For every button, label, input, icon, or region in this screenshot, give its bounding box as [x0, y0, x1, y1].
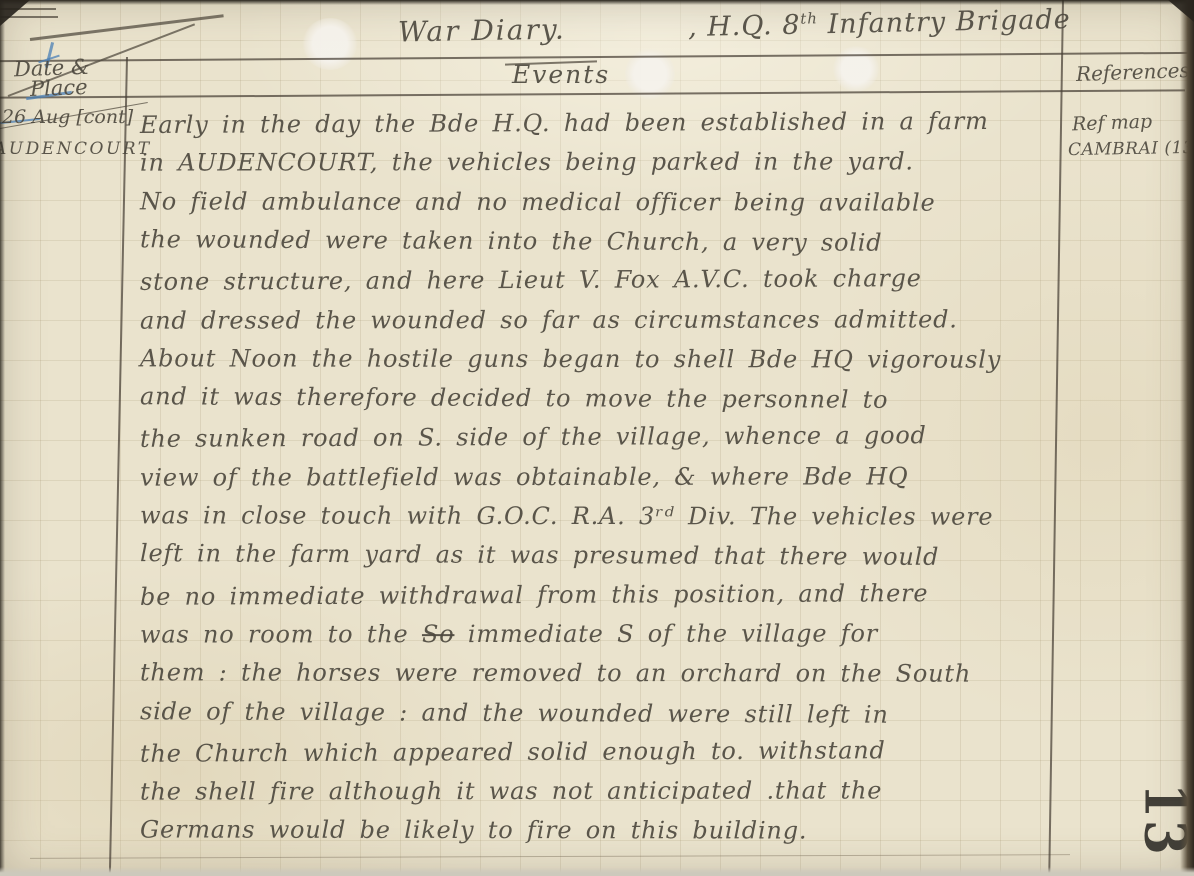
scan-corner: [0, 0, 30, 26]
diary-line: was in close touch with G.O.C. R.A. 3ʳᵈ …: [140, 496, 993, 536]
diary-line: No field ambulance and no medical office…: [140, 182, 936, 222]
scan-edge: [0, 867, 1194, 876]
war-diary-page: War Diary. , H.Q. 8th Infantry Brigade D…: [0, 0, 1194, 876]
page-title: War Diary.: [398, 13, 566, 49]
diary-line: side of the village : and the wounded we…: [140, 692, 889, 735]
column-header-references: References: [1076, 58, 1190, 86]
entry-reference-sheet: CAMBRAI (13: [1068, 138, 1194, 160]
subtitle-post: Infantry Brigade: [818, 4, 1071, 40]
diary-line: them : the horses were removed to an orc…: [140, 654, 971, 694]
diary-line: stone structure, and here Lieut V. Fox A…: [140, 259, 922, 302]
line-segment: was no room to the: [140, 620, 422, 648]
paper-stain: [833, 46, 879, 92]
line-segment: immediate S of the village for: [454, 619, 878, 648]
entry-date: 26 Aug [cont]: [2, 106, 133, 128]
bottom-rule: [30, 854, 1070, 859]
diary-line: Early in the day the Bde H.Q. had been e…: [140, 102, 989, 145]
diary-line: view of the battlefield was obtainable, …: [140, 457, 908, 497]
scan-edge: [0, 0, 1194, 5]
diary-line: left in the farm yard as it was presumed…: [140, 534, 939, 577]
entry-place: AUDENCOURT: [0, 139, 152, 159]
diary-line: the sunken road on S. side of the villag…: [140, 417, 927, 460]
diary-line: was no room to the So immediate S of the…: [140, 614, 878, 654]
diary-line: the wounded were taken into the Church, …: [140, 220, 883, 262]
entry-reference-map: Ref map: [1072, 111, 1153, 136]
diary-line: and it was therefore decided to move the…: [140, 377, 889, 420]
diary-line: and dressed the wounded so far as circum…: [140, 300, 958, 340]
scan-edge: [0, 0, 5, 876]
diary-line: About Noon the hostile guns began to she…: [140, 339, 1001, 379]
date-column-divider: [109, 57, 128, 876]
diary-line: in AUDENCOURT, the vehicles being parked…: [140, 143, 914, 183]
column-header-events: Events: [512, 60, 610, 89]
reference-column-divider: [1048, 0, 1064, 876]
diary-line: the Church which appeared solid enough t…: [140, 731, 886, 774]
diary-line: the shell fire although it was not antic…: [140, 772, 882, 812]
page-subtitle: , H.Q. 8th Infantry Brigade: [688, 4, 1071, 43]
paper-stain: [302, 18, 358, 70]
scan-edge: [1180, 0, 1194, 876]
subtitle-ordinal: th: [800, 9, 818, 27]
diagonal-pen-stroke: [30, 14, 224, 41]
struck-word: So: [422, 620, 455, 648]
column-header-date-place: Place: [30, 75, 88, 101]
diary-line: Germans would be likely to fire on this …: [140, 811, 807, 851]
scan-corner: [1168, 0, 1194, 22]
diary-line: be no immediate withdrawal from this pos…: [140, 574, 928, 617]
subtitle-pre: , H.Q. 8: [688, 10, 801, 43]
header-rule-bottom: [0, 89, 1185, 98]
